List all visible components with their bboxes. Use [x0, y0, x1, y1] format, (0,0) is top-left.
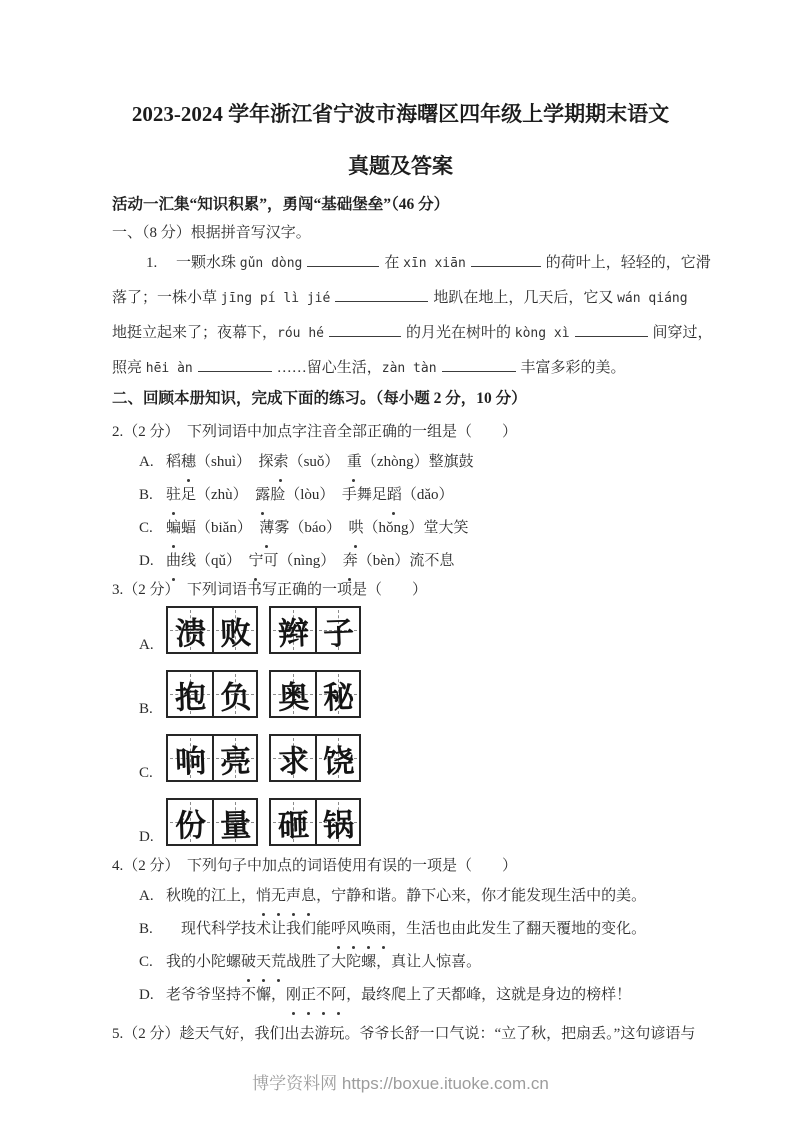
- text-run: 丰富多彩的美。: [521, 360, 626, 376]
- handwriting-word-box: 奥秘: [269, 670, 361, 718]
- emphasized-char: 风: [346, 913, 361, 946]
- q1-paragraph: 1. 一颗水珠 gǔn dòng在 xīn xiān的荷叶上，轻轻的，它滑落了；…: [112, 246, 689, 386]
- text-run: 照亮: [112, 360, 146, 376]
- option-text: 现代科学技术让我们能呼风唤雨，生活也由此发生了翻天覆地的变化。: [166, 921, 646, 937]
- handwritten-char: 抱: [174, 671, 207, 717]
- emphasized-char: 不: [316, 979, 331, 1012]
- handwriting-cell: 求: [271, 736, 315, 780]
- fill-in-blank: [442, 357, 516, 372]
- emphasized-word: 穗: [181, 454, 196, 470]
- handwriting-cell: 份: [168, 800, 212, 844]
- text-run: 稻: [166, 454, 181, 470]
- handwriting-word-box: 砸锅: [269, 798, 361, 846]
- emphasized-word: 悄无声息: [256, 888, 316, 904]
- handwriting-cell: 秘: [315, 672, 359, 716]
- option-label: C.: [139, 764, 166, 782]
- handwritten-char: 砸: [277, 799, 310, 845]
- pinyin-text: wán qiáng: [617, 291, 687, 306]
- handwriting-word-box: 求饶: [269, 734, 361, 782]
- q1-line: 落了；一株小草 jīng pí lì jié地趴在地上，几天后，它又 wán q…: [112, 281, 689, 316]
- text-run: ，最终爬上了天都峰，这就是身边的榜样！: [346, 987, 631, 1003]
- emphasized-char: 宁: [249, 545, 264, 578]
- text-run: 的月光在树叶的: [406, 325, 515, 341]
- fill-in-blank: [471, 252, 541, 267]
- handwritten-char: 份: [174, 799, 207, 845]
- fill-in-blank: [329, 322, 401, 337]
- text-run: 蝠（biǎn）: [181, 520, 259, 536]
- option-text: 老爷爷坚持不懈，刚正不阿，最终爬上了天都峰，这就是身边的榜样！: [166, 987, 631, 1003]
- handwriting-cell: 子: [315, 608, 359, 652]
- pinyin-text: hēi àn: [146, 361, 193, 376]
- emphasized-word: 宁: [249, 553, 264, 569]
- emphasized-word: 奔: [343, 553, 358, 569]
- text-run: 地挺立起来了；夜幕下，: [112, 325, 277, 341]
- option-text: 我的小陀螺破天荒战胜了大陀螺，真让人惊喜。: [166, 954, 481, 970]
- text-run: （suǒ）: [289, 454, 347, 470]
- emphasized-char: 息: [301, 880, 316, 913]
- handwritten-char: 辫: [277, 607, 310, 653]
- option-text: 曲线（qǔ） 宁可（nìng） 奔（bèn）流不息: [166, 553, 454, 569]
- text-run: 落了；一株小草: [112, 290, 221, 306]
- handwriting-cell: 辫: [271, 608, 315, 652]
- handwriting-cell: 负: [212, 672, 256, 716]
- option-row-C: C.我的小陀螺破天荒战胜了大陀螺，真让人惊喜。: [112, 946, 689, 979]
- fill-in-blank: [575, 322, 648, 337]
- text-run: 战胜了大陀螺，真让人惊喜。: [286, 954, 481, 970]
- text-run: 脸（lòu） 手舞足: [270, 487, 387, 503]
- title-line-2: 真题及答案: [112, 140, 689, 192]
- site-footer: 博学资料网 https://boxue.ituoke.com.cn: [112, 1072, 689, 1096]
- handwritten-char: 负: [219, 671, 252, 717]
- section2-header: 二、回顾本册知识，完成下面的练习。（每小题 2 分，10 分）: [112, 388, 689, 410]
- emphasized-char: 驻: [166, 479, 181, 512]
- handwriting-cell: 响: [168, 736, 212, 780]
- emphasized-word: 驻: [166, 487, 181, 503]
- q3-options: A.溃败辫子B.抱负奥秘C.响亮求饶D.份量砸锅: [112, 606, 689, 846]
- handwritten-char: 溃: [174, 607, 207, 653]
- q2-options: A.稻穗（shuì） 探索（suǒ） 重（zhòng）整旗鼓B.驻足（zhù） …: [112, 446, 689, 578]
- handwriting-cell: 锅: [315, 800, 359, 844]
- text-run: （hǒng）堂大笑: [364, 520, 469, 536]
- handwritten-char: 奥: [277, 671, 310, 717]
- emphasized-char: 奔: [343, 545, 358, 578]
- handwriting-cell: 饶: [315, 736, 359, 780]
- text-run: 地趴在地上，几天后，它又: [433, 290, 617, 306]
- text-run: （bèn）流不息: [358, 553, 455, 569]
- emphasized-char: 荒: [271, 946, 286, 979]
- emphasized-char: 刚: [286, 979, 301, 1012]
- emphasized-char: 蹈: [387, 479, 402, 512]
- emphasized-char: 声: [286, 880, 301, 913]
- emphasized-char: 索: [274, 446, 289, 479]
- handwriting-cell: 溃: [168, 608, 212, 652]
- q1-header: 一、（8 分）根据拼音写汉字。: [112, 222, 689, 244]
- q3-option-row-C: C.响亮求饶: [112, 734, 689, 782]
- option-text: 驻足（zhù） 露脸（lòu） 手舞足蹈（dǎo）: [166, 487, 454, 503]
- emphasized-word: 索: [274, 454, 289, 470]
- handwriting-cell: 奥: [271, 672, 315, 716]
- q3-option-row-B: B.抱负奥秘: [112, 670, 689, 718]
- handwritten-char: 子: [322, 607, 355, 653]
- text-run: （shuì） 探: [196, 454, 274, 470]
- option-text: 稻穗（shuì） 探索（suǒ） 重（zhòng）整旗鼓: [166, 454, 474, 470]
- handwriting-word-box: 响亮: [166, 734, 258, 782]
- handwritten-char: 量: [219, 799, 252, 845]
- text-run: （zhòng）整旗鼓: [362, 454, 474, 470]
- option-label: B.: [139, 479, 157, 512]
- fill-in-blank: [198, 357, 272, 372]
- emphasized-word: 蹈: [387, 487, 402, 503]
- emphasized-char: 唤: [361, 913, 376, 946]
- option-text: 蝙蝠（biǎn） 薄雾（báo） 哄（hǒng）堂大笑: [166, 520, 469, 536]
- emphasized-char: 破: [241, 946, 256, 979]
- text-run: 的荷叶上，轻轻的，它滑: [546, 255, 711, 271]
- text-run: 在: [384, 255, 403, 271]
- text-run: 可（nìng）: [264, 553, 343, 569]
- text-run: 足（zhù）: [181, 487, 255, 503]
- emphasized-word: 呼风唤雨: [331, 921, 391, 937]
- option-label: D.: [139, 828, 166, 846]
- q4-stem: 4.（2 分） 下列句子中加点的词语使用有误的一项是（ ）: [112, 854, 689, 878]
- option-label: A.: [139, 446, 157, 479]
- text-run: ，生活也由此发生了翻天覆地的变化。: [391, 921, 646, 937]
- text-run: 间穿过，: [653, 325, 713, 341]
- handwritten-char: 秘: [322, 671, 355, 717]
- emphasized-char: 悄: [256, 880, 271, 913]
- text-run: （dǎo）: [402, 487, 454, 503]
- q3-stem: 3.（2 分） 下列词语书写正确的一项是（ ）: [112, 578, 689, 602]
- handwriting-word-box: 份量: [166, 798, 258, 846]
- q1-line: 照亮 hēi àn……留心生活，zàn tàn丰富多彩的美。: [112, 351, 689, 386]
- pinyin-text: róu hé: [277, 326, 324, 341]
- handwritten-char: 饶: [322, 735, 355, 781]
- text-run: ……留心生活，: [277, 360, 382, 376]
- emphasized-word: 薄: [259, 520, 274, 536]
- handwritten-char: 求: [277, 735, 310, 781]
- fill-in-blank: [307, 252, 379, 267]
- option-label: A.: [139, 636, 166, 654]
- option-row-B: B. 现代科学技术让我们能呼风唤雨，生活也由此发生了翻天覆地的变化。: [112, 913, 689, 946]
- emphasized-char: 无: [271, 880, 286, 913]
- text-run: 现代科学技术让我们能: [166, 921, 331, 937]
- emphasized-word: 蝙: [166, 520, 181, 536]
- emphasized-word: 重: [347, 454, 362, 470]
- q3-option-row-D: D.份量砸锅: [112, 798, 689, 846]
- option-label: D.: [139, 979, 157, 1012]
- handwriting-cell: 抱: [168, 672, 212, 716]
- emphasized-char: 蝙: [166, 512, 181, 545]
- pinyin-text: gǔn dòng: [240, 256, 303, 271]
- emphasized-word: 破天荒: [241, 954, 286, 970]
- emphasized-char: 重: [347, 446, 362, 479]
- q3-option-row-A: A.溃败辫子: [112, 606, 689, 654]
- emphasized-word: 哄: [349, 520, 364, 536]
- option-row-B: B.驻足（zhù） 露脸（lòu） 手舞足蹈（dǎo）: [112, 479, 689, 512]
- option-row-A: A.稻穗（shuì） 探索（suǒ） 重（zhòng）整旗鼓: [112, 446, 689, 479]
- emphasized-char: 正: [301, 979, 316, 1012]
- text-run: 我的小陀螺: [166, 954, 241, 970]
- pinyin-text: zàn tàn: [382, 361, 437, 376]
- option-label: C.: [139, 512, 157, 545]
- emphasized-word: 曲: [166, 553, 181, 569]
- option-row-A: A.秋晚的江上，悄无声息，宁静和谐。静下心来，你才能发现生活中的美。: [112, 880, 689, 913]
- text-run: 秋晚的江上，: [166, 888, 256, 904]
- option-label: B.: [139, 700, 166, 718]
- q1-line: 1. 一颗水珠 gǔn dòng在 xīn xiān的荷叶上，轻轻的，它滑: [112, 246, 689, 281]
- emphasized-char: 雨: [376, 913, 391, 946]
- handwriting-word-box: 辫子: [269, 606, 361, 654]
- emphasized-word: 露: [255, 487, 270, 503]
- option-label: B.: [139, 913, 157, 946]
- text-run: 线（qǔ）: [181, 553, 249, 569]
- handwriting-cell: 砸: [271, 800, 315, 844]
- emphasized-char: 曲: [166, 545, 181, 578]
- emphasized-char: 露: [255, 479, 270, 512]
- handwritten-char: 亮: [219, 735, 252, 781]
- text-run: 雾（báo）: [274, 520, 348, 536]
- text-run: ，宁静和谐。静下心来，你才能发现生活中的美。: [316, 888, 646, 904]
- handwritten-char: 锅: [322, 799, 355, 845]
- emphasized-char: 阿: [331, 979, 346, 1012]
- handwritten-char: 败: [219, 607, 252, 653]
- option-row-D: D.曲线（qǔ） 宁可（nìng） 奔（bèn）流不息: [112, 545, 689, 578]
- q4-options: A.秋晚的江上，悄无声息，宁静和谐。静下心来，你才能发现生活中的美。B. 现代科…: [112, 880, 689, 1012]
- handwriting-word-box: 溃败: [166, 606, 258, 654]
- emphasized-char: 薄: [259, 512, 274, 545]
- title-line-1: 2023-2024 学年浙江省宁波市海曙区四年级上学期期末语文: [112, 88, 689, 140]
- emphasized-char: 哄: [349, 512, 364, 545]
- handwriting-cell: 败: [212, 608, 256, 652]
- emphasized-char: 天: [256, 946, 271, 979]
- option-row-D: D.老爷爷坚持不懈，刚正不阿，最终爬上了天都峰，这就是身边的榜样！: [112, 979, 689, 1012]
- pinyin-text: kòng xì: [515, 326, 570, 341]
- handwriting-word-box: 抱负: [166, 670, 258, 718]
- document-title: 2023-2024 学年浙江省宁波市海曙区四年级上学期期末语文 真题及答案: [112, 88, 689, 192]
- option-text: 秋晚的江上，悄无声息，宁静和谐。静下心来，你才能发现生活中的美。: [166, 888, 646, 904]
- handwriting-cell: 量: [212, 800, 256, 844]
- q5-stem: 5.（2 分）趁天气好，我们出去游玩。爷爷长舒一口气说：“立了秋，把扇丢。”这句…: [112, 1022, 689, 1046]
- text-run: 老爷爷坚持不懈，: [166, 987, 286, 1003]
- emphasized-char: 呼: [331, 913, 346, 946]
- handwriting-cell: 亮: [212, 736, 256, 780]
- q1-line: 地挺立起来了；夜幕下，róu hé的月光在树叶的 kòng xì间穿过，: [112, 316, 689, 351]
- fill-in-blank: [335, 287, 428, 302]
- text-run: 1. 一颗水珠: [146, 255, 240, 271]
- exam-page: 2023-2024 学年浙江省宁波市海曙区四年级上学期期末语文 真题及答案 活动…: [0, 0, 793, 1122]
- option-label: D.: [139, 545, 157, 578]
- option-label: A.: [139, 880, 157, 913]
- emphasized-word: 刚正不阿: [286, 987, 346, 1003]
- emphasized-char: 穗: [181, 446, 196, 479]
- activity-header: 活动一汇集“知识积累”，勇闯“基础堡垒”（46 分）: [112, 194, 689, 216]
- option-row-C: C.蝙蝠（biǎn） 薄雾（báo） 哄（hǒng）堂大笑: [112, 512, 689, 545]
- handwritten-char: 响: [174, 735, 207, 781]
- pinyin-text: xīn xiān: [403, 256, 466, 271]
- pinyin-text: jīng pí lì jié: [221, 291, 331, 306]
- option-label: C.: [139, 946, 157, 979]
- q2-stem: 2.（2 分） 下列词语中加点字注音全部正确的一组是（ ）: [112, 420, 689, 444]
